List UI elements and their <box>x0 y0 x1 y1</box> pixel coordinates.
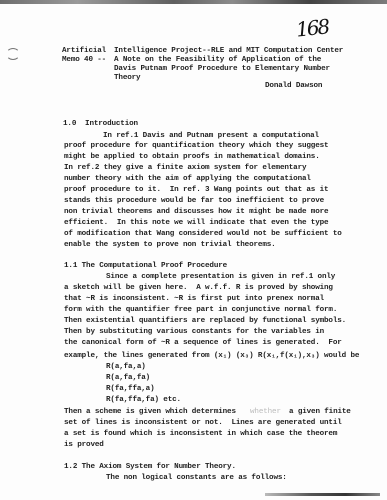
paragraph-line: proof procedure to it. In ref. 3 Wang po… <box>64 186 328 195</box>
example-line: R(a,fa,a) <box>106 363 146 372</box>
scan-bottom-edge <box>265 493 380 496</box>
section-heading-axiom-system: 1.2 The Axiom System for Number Theory. <box>64 463 236 472</box>
handwritten-page-number: 168 <box>295 14 330 41</box>
paragraph-line: Since a complete presentation is given i… <box>106 273 335 282</box>
paragraph-line: stands this procedure would be far too i… <box>64 197 324 206</box>
header-title-line4: Theory <box>114 74 140 83</box>
paragraph-line: non trivial theorems and discusses how i… <box>64 208 328 217</box>
paragraph-line: is proved <box>64 441 104 450</box>
scan-top-edge <box>0 0 387 4</box>
document-page: 168 Artificial Intelligence Project--RLE… <box>0 0 387 500</box>
paragraph-line: Then by substituting various constants f… <box>64 328 324 337</box>
paragraph-line: Then a scheme is given which determines <box>64 408 236 417</box>
paragraph-line: a given finite <box>289 408 351 417</box>
paragraph-line: a sketch will be given here. A w.f.f. R … <box>64 284 333 293</box>
paragraph-line: enable the system to prove non trivial t… <box>64 241 276 250</box>
header-label-line2: Memo 40 -- <box>62 56 106 65</box>
paragraph-line: efficient. In this note we will indicate… <box>64 219 328 228</box>
paragraph-line: of modification that Wang considered wou… <box>64 230 342 239</box>
section-heading-proof-procedure: 1.1 The Computational Proof Procedure <box>64 262 227 271</box>
section-heading-introduction: 1.0 Introduction <box>63 120 138 129</box>
example-line: R(a,fa,fa) <box>106 374 150 383</box>
paragraph-line: proof procedure for quantification theor… <box>64 142 328 151</box>
faded-word: whether <box>250 408 281 417</box>
paragraph-line: Then existential quantifiers are replace… <box>64 317 346 326</box>
paragraph-line: number theory with the aim of applying t… <box>64 175 311 184</box>
paragraph-line: In ref.1 Davis and Putnam present a comp… <box>103 132 319 141</box>
paragraph-line: a set is found which is inconsistent in … <box>64 430 337 439</box>
header-title-line3: Davis Putnam Proof Procedure to Elementa… <box>114 65 330 74</box>
header-label-line1: Artificial <box>62 47 106 56</box>
paragraph-line: The non logical constants are as follows… <box>106 474 287 483</box>
paragraph-line: the canonical form of ~R a sequence of l… <box>64 339 342 348</box>
header-title-line2: A Note on the Feasibility of Application… <box>114 56 321 65</box>
example-line: R(fa,ffa,a) <box>106 385 154 394</box>
author-name: Donald Dawson <box>265 82 322 91</box>
paragraph-line: that ~R is inconsistent. ~R is first put… <box>64 295 324 304</box>
paragraph-line: form with the quantifier free part in co… <box>64 306 337 315</box>
paragraph-line: set of lines is inconsistent or not. Lin… <box>64 419 342 428</box>
punch-hole-mark <box>6 48 20 60</box>
header-title-line1: Intelligence Project--RLE and MIT Comput… <box>114 47 343 56</box>
paragraph-line: In ref.2 they give a finite axiom system… <box>64 164 306 173</box>
paragraph-line: example, the lines generated from (x₁) (… <box>64 352 359 361</box>
example-line: R(fa,ffa,fa) etc. <box>106 396 181 405</box>
paragraph-line: might be applied to obtain proofs in mat… <box>64 153 320 162</box>
